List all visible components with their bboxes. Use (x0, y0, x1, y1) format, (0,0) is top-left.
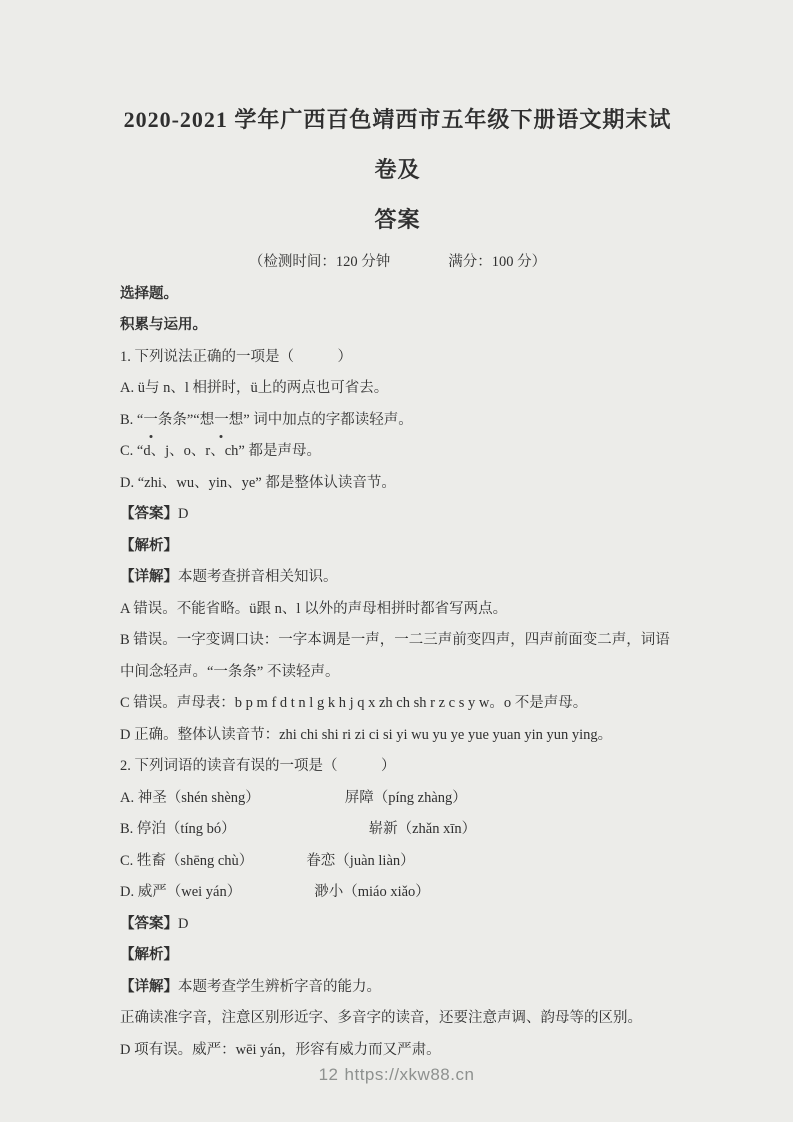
q2-option-row-c: C. 牲畜（shēng chù）眷恋（juàn liàn） (120, 846, 675, 878)
option-right-word: 眷恋（juàn liàn） (306, 846, 414, 878)
footer-url: https://xkw88.cn (345, 1065, 475, 1084)
exam-score: 满分：100 分） (448, 254, 546, 270)
heading-choice-questions: 选择题。 (120, 279, 675, 311)
answer-label: 【答案】 (120, 916, 178, 932)
q1-stem: 1. 下列说法正确的一项是（ ） (120, 342, 675, 374)
q1-explanation-b: B 错误。一字变调口诀：一字本调是一声，一二三声前变四声，四声前面变二声，词语中… (120, 625, 675, 688)
q2-option-row-d: D. 威严（wei yán）渺小（miáo xiǎo） (120, 877, 675, 909)
exam-time: （检测时间：120 分钟 (249, 254, 390, 270)
q1-answer-line: 【答案】D (120, 499, 675, 531)
doc-title-line-2: 答案 (120, 195, 675, 245)
q1-option-b-segment: 条条”“想 (158, 412, 214, 428)
q2-stem: 2. 下列词语的读音有误的一项是（ ） (120, 751, 675, 783)
q2-explanation-2: D 项有误。威严：wēi yán，形容有威力而又严肃。 (120, 1035, 675, 1067)
q1-option-a: A. ü与 n、l 相拼时，ü上的两点也可省去。 (120, 373, 675, 405)
q1-analysis-line: 【解析】 (120, 531, 675, 563)
answer-value: D (178, 506, 188, 522)
q2-explanation-1: 正确读准字音，注意区别形近字、多音字的读音，还要注意声调、韵母等的区别。 (120, 1003, 675, 1035)
q1-option-b-segment: 想” 词中加点的字都读轻声。 (229, 412, 413, 428)
q1-option-b-emphasized-char: 一 (143, 405, 158, 437)
option-right-word: 屏障（píng zhàng） (345, 783, 467, 815)
q1-option-b-segment: B. “ (120, 412, 143, 428)
q1-option-d: D. “zhi、wu、yin、ye” 都是整体认读音节。 (120, 468, 675, 500)
q1-detail-line: 【详解】本题考查拼音相关知识。 (120, 562, 675, 594)
option-left-word: C. 牲畜（shēng chù） (120, 853, 253, 869)
document-page: 2020-2021 学年广西百色靖西市五年级下册语文期末试卷及 答案 （检测时间… (0, 95, 793, 1066)
q2-analysis-line: 【解析】 (120, 940, 675, 972)
answer-value: D (178, 916, 188, 932)
option-left-word: D. 威严（wei yán） (120, 884, 241, 900)
option-right-word: 崭新（zhǎn xīn） (369, 814, 477, 846)
detail-text: 本题考查学生辨析字音的能力。 (178, 979, 381, 995)
option-right-word: 渺小（miáo xiǎo） (314, 877, 430, 909)
q2-answer-line: 【答案】D (120, 909, 675, 941)
q2-option-row-a: A. 神圣（shén shèng）屏障（píng zhàng） (120, 783, 675, 815)
q1-option-b-emphasized-char: 一 (214, 405, 229, 437)
doc-title-line-1: 2020-2021 学年广西百色靖西市五年级下册语文期末试卷及 (120, 95, 675, 195)
page-number: 12 (319, 1065, 339, 1084)
exam-info: （检测时间：120 分钟满分：100 分） (120, 247, 675, 279)
q1-option-b: B. “一条条”“想一想” 词中加点的字都读轻声。 (120, 405, 675, 437)
heading-accumulation: 积累与运用。 (120, 310, 675, 342)
q1-explanation-d: D 正确。整体认读音节：zhi chi shi ri zi ci si yi w… (120, 720, 675, 752)
doc-title: 2020-2021 学年广西百色靖西市五年级下册语文期末试卷及 答案 (120, 95, 675, 245)
detail-label: 【详解】 (120, 569, 178, 585)
analysis-label: 【解析】 (120, 947, 178, 963)
detail-text: 本题考查拼音相关知识。 (178, 569, 338, 585)
q2-option-row-b: B. 停泊（tíng bó）崭新（zhǎn xīn） (120, 814, 675, 846)
q2-detail-line: 【详解】本题考查学生辨析字音的能力。 (120, 972, 675, 1004)
answer-label: 【答案】 (120, 506, 178, 522)
option-left-word: B. 停泊（tíng bó） (120, 821, 236, 837)
q1-explanation-c: C 错误。声母表：b p m f d t n l g k h j q x zh … (120, 688, 675, 720)
q1-explanation-a: A 错误。不能省略。ü跟 n、l 以外的声母相拼时都省写两点。 (120, 594, 675, 626)
page-footer: 12https://xkw88.cn (0, 1065, 793, 1085)
option-left-word: A. 神圣（shén shèng） (120, 790, 260, 806)
analysis-label: 【解析】 (120, 538, 178, 554)
q1-option-c: C. “d、j、o、r、ch” 都是声母。 (120, 436, 675, 468)
detail-label: 【详解】 (120, 979, 178, 995)
